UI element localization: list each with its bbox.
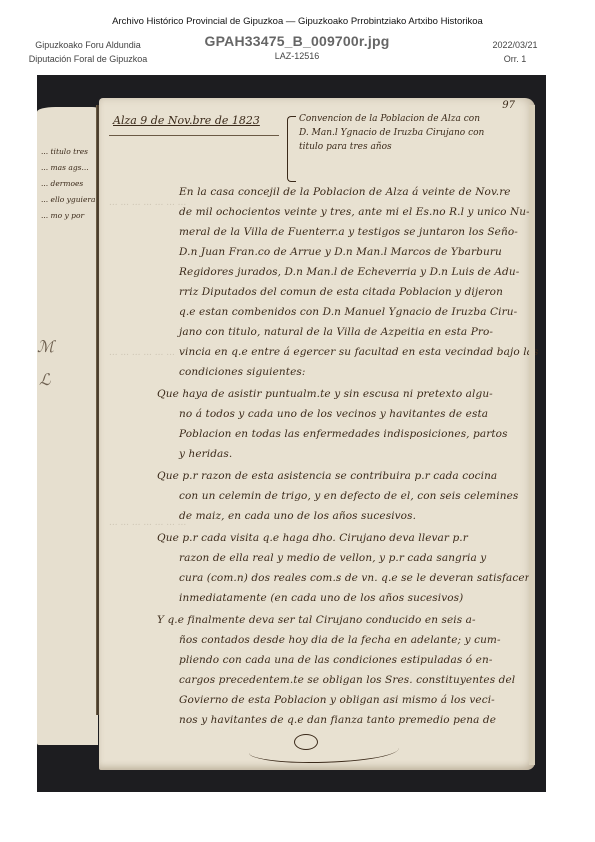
margin-note: ... ello yguiera xyxy=(41,195,95,204)
date-page-block: 2022/03/21 Orr. 1 xyxy=(460,38,570,66)
body-line: inmediatamente (en cada uno de los años … xyxy=(179,592,463,604)
margin-note: ... mas ags... xyxy=(41,163,89,172)
body-line: Poblacion en todas las enfermedades indi… xyxy=(179,428,508,440)
date-heading: Alza 9 de Nov.bre de 1823 xyxy=(113,114,260,127)
body-line: condiciones siguientes: xyxy=(179,366,306,378)
body-line: Govierno de esta Poblacion y obligan asi… xyxy=(179,694,495,706)
page-edge xyxy=(529,105,535,765)
body-line: cura (com.n) dos reales com.s de vn. q.e… xyxy=(179,572,530,584)
summary-line: Convencion de la Poblacion de Alza con xyxy=(299,112,484,126)
body-line: de mil ochocientos veinte y tres, ante m… xyxy=(179,206,530,218)
body-line: meral de la Villa de Fuenterr.a y testig… xyxy=(179,226,518,238)
archive-title: Archivo Histórico Provincial de Gipuzkoa… xyxy=(0,16,595,27)
institution-block: Gipuzkoako Foru Aldundia Diputación Fora… xyxy=(18,38,158,66)
reference-code: LAZ-12516 xyxy=(197,51,397,61)
file-name: GPAH33475_B_009700r.jpg xyxy=(197,33,397,49)
body-line: Que haya de asistir puntualm.te y sin es… xyxy=(157,388,493,400)
manuscript-scan: ... titulo tres ... mas ags... ... dermo… xyxy=(37,75,546,792)
body-line: Regidores jurados, D.n Man.l de Echeverr… xyxy=(179,266,519,278)
signature-flourish-icon: ℳ xyxy=(37,337,54,356)
body-line: Que p.r razon de esta asistencia se cont… xyxy=(157,470,497,482)
file-info: GPAH33475_B_009700r.jpg LAZ-12516 xyxy=(197,33,397,61)
right-page: ... ... ... ... ... ... ... ... ... ... … xyxy=(99,98,535,770)
summary-note: Convencion de la Poblacion de Alza con D… xyxy=(299,112,484,154)
body-line: rriz Diputados del comun de esta citada … xyxy=(179,286,503,298)
body-line: y heridas. xyxy=(179,448,232,460)
body-line: En la casa concejil de la Poblacion de A… xyxy=(179,186,511,198)
print-date: 2022/03/21 xyxy=(460,38,570,52)
summary-line: D. Man.l Ygnacio de Iruzba Cirujano con xyxy=(299,126,484,140)
body-line: ños contados desde hoy dia de la fecha e… xyxy=(179,634,501,646)
institution-spanish: Diputación Foral de Gipuzkoa xyxy=(18,52,158,66)
folio-number: 97 xyxy=(502,100,515,111)
body-line: no á todos y cada uno de los vecinos y h… xyxy=(179,408,488,420)
signature-flourish-icon: ℒ xyxy=(39,370,51,389)
summary-bracket xyxy=(287,116,296,182)
body-line: vincia en q.e entre á egercer su faculta… xyxy=(179,346,539,358)
body-line: nos y havitantes de q.e dan fianza tanto… xyxy=(179,714,496,726)
body-line: cargos precedentem.te se obligan los Sre… xyxy=(179,674,515,686)
body-line: D.n Juan Fran.co de Arrue y D.n Man.l Ma… xyxy=(179,246,502,258)
margin-note: ... mo y por xyxy=(41,211,84,220)
page-number: Orr. 1 xyxy=(460,52,570,66)
summary-line: titulo para tres años xyxy=(299,140,484,154)
institution-basque: Gipuzkoako Foru Aldundia xyxy=(18,38,158,52)
body-line: q.e estan combenidos con D.n Manuel Ygna… xyxy=(179,306,517,318)
divider xyxy=(109,135,279,136)
body-line: jano con titulo, natural de la Villa de … xyxy=(179,326,493,338)
margin-note: ... dermoes xyxy=(41,179,83,188)
body-line: pliendo con cada una de las condiciones … xyxy=(179,654,492,666)
body-line: de maiz, en cada uno de los años sucesiv… xyxy=(179,510,416,522)
body-line: con un celemin de trigo, y en defecto de… xyxy=(179,490,518,502)
body-line: Que p.r cada visita q.e haga dho. Ciruja… xyxy=(157,532,468,544)
body-line: razon de ella real y medio de vellon, y … xyxy=(179,552,486,564)
closing-flourish-icon xyxy=(249,738,399,763)
left-page: ... titulo tres ... mas ags... ... dermo… xyxy=(37,115,98,745)
margin-note: ... titulo tres xyxy=(41,147,88,156)
body-line: Y q.e finalmente deva ser tal Cirujano c… xyxy=(157,614,476,626)
